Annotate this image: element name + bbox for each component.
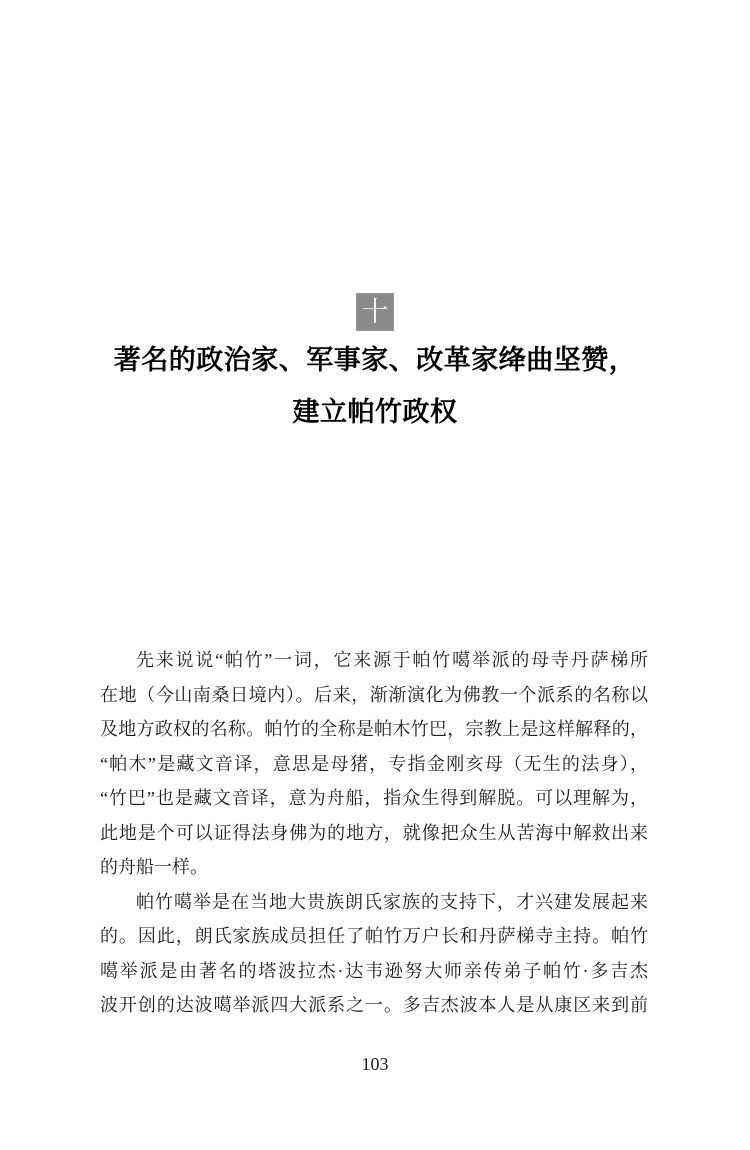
body-line: 的舟船一样。 <box>100 850 648 885</box>
book-page: 十 著名的政治家、军事家、改革家绛曲坚赞， 建立帕竹政权 先来说说“帕竹”一词，… <box>0 0 750 1150</box>
body-line: “竹巴”也是藏文音译，意为舟船，指众生得到解脱。可以理解为， <box>100 781 648 816</box>
body-line: “帕木”是藏文音译，意思是母猪，专指金刚亥母（无生的法身）， <box>100 747 648 782</box>
chapter-title: 著名的政治家、军事家、改革家绛曲坚赞， 建立帕竹政权 <box>0 334 750 438</box>
body-line: 在地（今山南桑日境内）。后来，渐渐演化为佛教一个派系的名称以 <box>100 678 648 713</box>
body-line: 噶举派是由著名的塔波拉杰·达韦逊努大师亲传弟子帕竹·多吉杰 <box>100 954 648 989</box>
body-line: 的。因此，朗氏家族成员担任了帕竹万户长和丹萨梯寺主持。帕竹 <box>100 919 648 954</box>
chapter-number-text: 十 <box>362 299 389 326</box>
body-line: 此地是个可以证得法身佛为的地方，就像把众生从苦海中解救出来 <box>100 816 648 851</box>
body-line: 先来说说“帕竹”一词，它来源于帕竹噶举派的母寺丹萨梯所 <box>100 643 648 678</box>
chapter-title-line-2: 建立帕竹政权 <box>0 386 750 438</box>
chapter-title-line-1: 著名的政治家、军事家、改革家绛曲坚赞， <box>0 334 750 386</box>
body-text: 先来说说“帕竹”一词，它来源于帕竹噶举派的母寺丹萨梯所在地（今山南桑日境内）。后… <box>100 643 648 1023</box>
body-paragraph: 帕竹噶举是在当地大贵族朗氏家族的支持下，才兴建发展起来的。因此，朗氏家族成员担任… <box>100 885 648 1023</box>
chapter-number-badge: 十 <box>356 293 394 331</box>
body-paragraph: 先来说说“帕竹”一词，它来源于帕竹噶举派的母寺丹萨梯所在地（今山南桑日境内）。后… <box>100 643 648 885</box>
body-line: 波开创的达波噶举派四大派系之一。多吉杰波本人是从康区来到前 <box>100 988 648 1023</box>
body-line: 帕竹噶举是在当地大贵族朗氏家族的支持下，才兴建发展起来 <box>100 885 648 920</box>
body-line: 及地方政权的名称。帕竹的全称是帕木竹巴，宗教上是这样解释的， <box>100 712 648 747</box>
page-number: 103 <box>0 1053 750 1075</box>
